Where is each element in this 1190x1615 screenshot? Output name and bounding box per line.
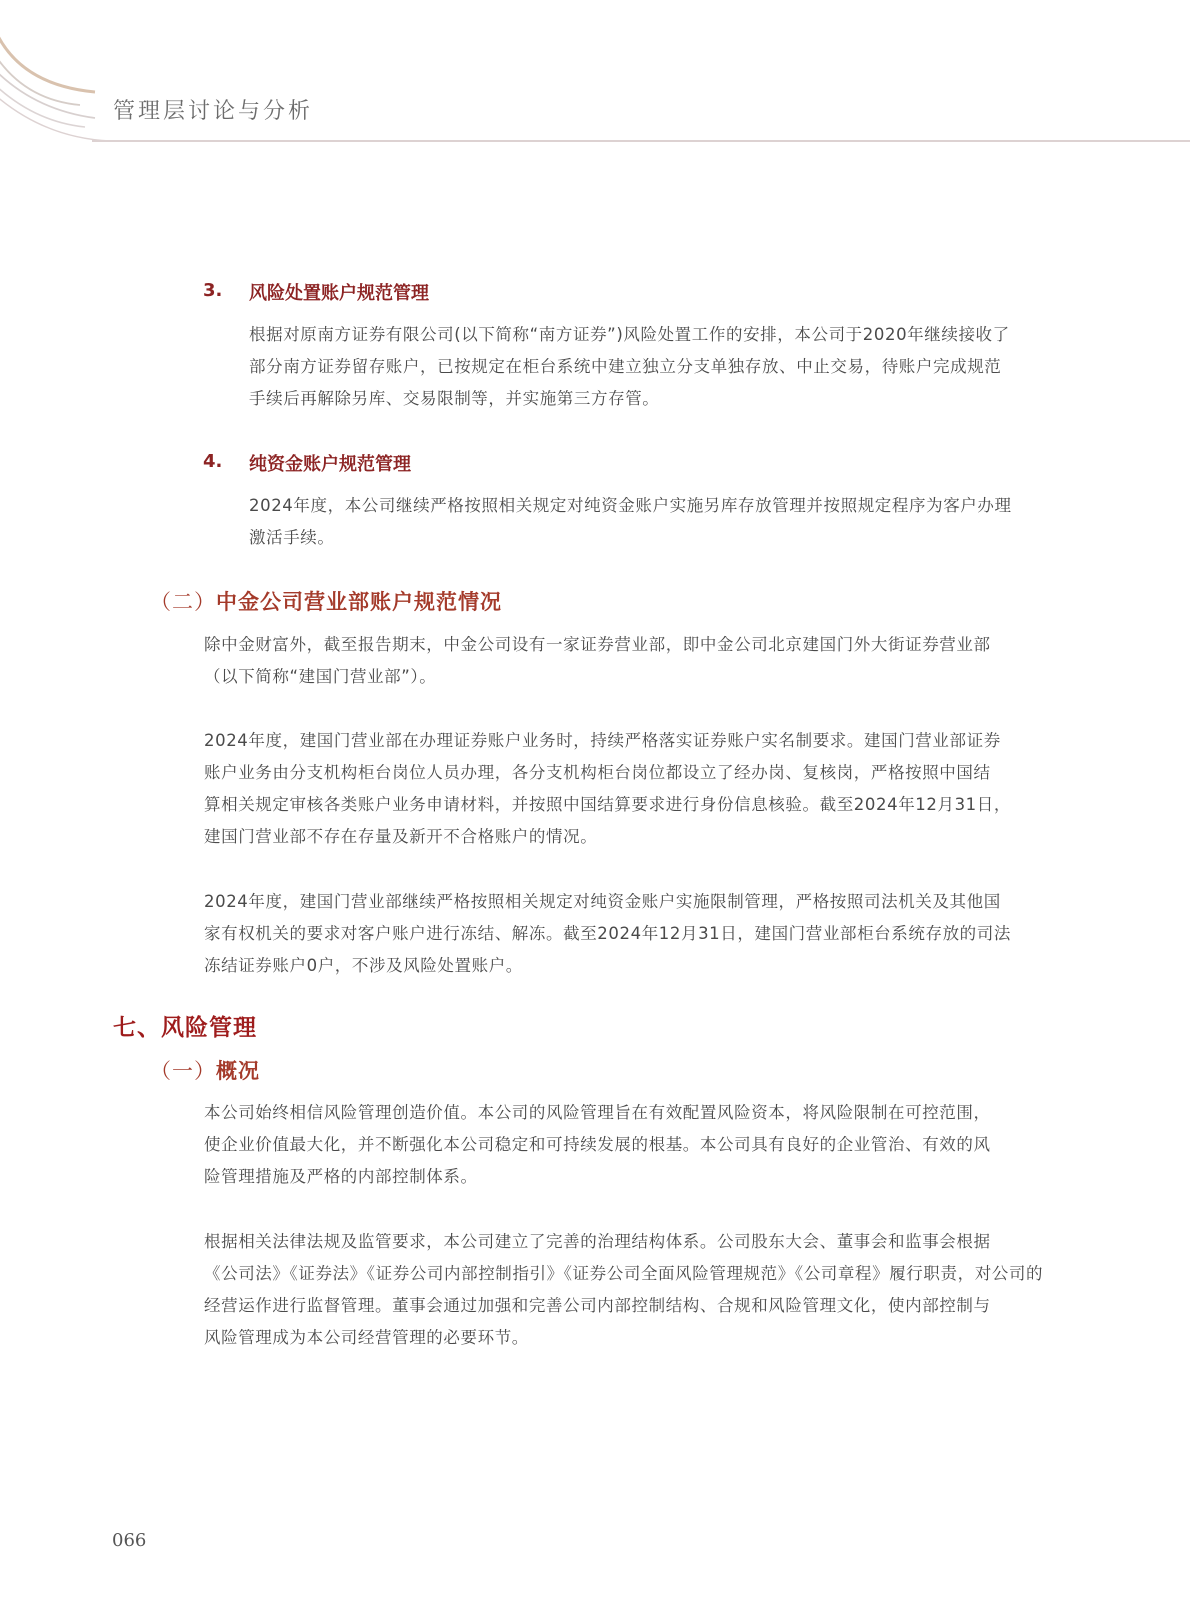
text-line: 算相关规定审核各类账户业务申请材料，并按照中国结算要求进行身份信息核验。截至20… [204, 789, 1109, 821]
section-2-paragraph-2: 2024年度，建国门营业部在办理证券账户业务时，持续严格落实证券账户实名制要求。… [204, 725, 1109, 853]
text-line: 除中金财富外，截至报告期末，中金公司设有一家证券营业部，即中金公司北京建国门外大… [204, 629, 1109, 661]
text-line: 建国门营业部不存在存量及新开不合格账户的情况。 [204, 821, 1109, 853]
text-line: （以下简称“建国门营业部”）。 [204, 661, 1109, 693]
text-line: 根据对原南方证券有限公司(以下简称“南方证券”)风险处置工作的安排，本公司于20… [249, 319, 1109, 351]
text-line: 冻结证券账户0户，不涉及风险处置账户。 [204, 950, 1109, 982]
section-7-1-prefix: （一） [150, 1059, 216, 1083]
text-line: 《公司法》《证券法》《证券公司内部控制指引》《证券公司全面风险管理规范》《公司章… [204, 1258, 1109, 1290]
section-7-heading: 七、风险管理 [113, 1009, 257, 1042]
section-2-paragraph-1: 除中金财富外，截至报告期末，中金公司设有一家证券营业部，即中金公司北京建国门外大… [204, 629, 1109, 693]
text-line: 本公司始终相信风险管理创造价值。本公司的风险管理旨在有效配置风险资本，将风险限制… [204, 1097, 1109, 1129]
section-7-1-paragraph-1: 本公司始终相信风险管理创造价值。本公司的风险管理旨在有效配置风险资本，将风险限制… [204, 1097, 1109, 1193]
section-7-1-heading: （一）概况 [150, 1055, 260, 1085]
section-2-heading: （二）中金公司营业部账户规范情况 [150, 586, 502, 616]
text-line: 账户业务由分支机构柜台岗位人员办理，各分支机构柜台岗位都设立了经办岗、复核岗，严… [204, 757, 1109, 789]
text-line: 经营运作进行监督管理。董事会通过加强和完善公司内部控制结构、合规和风险管理文化，… [204, 1290, 1109, 1322]
item-3-number: 3. [203, 280, 222, 301]
decorative-arcs-icon [0, 0, 300, 150]
text-line: 2024年度，本公司继续严格按照相关规定对纯资金账户实施另库存放管理并按照规定程… [249, 490, 1109, 522]
section-2-paragraph-3: 2024年度，建国门营业部继续严格按照相关规定对纯资金账户实施限制管理，严格按照… [204, 886, 1109, 982]
section-2-title: 中金公司营业部账户规范情况 [216, 590, 502, 614]
text-line: 激活手续。 [249, 522, 1109, 554]
text-line: 2024年度，建国门营业部继续严格按照相关规定对纯资金账户实施限制管理，严格按照… [204, 886, 1109, 918]
header-divider [92, 140, 1190, 142]
section-header-title: 管理层讨论与分析 [113, 94, 313, 125]
section-7-1-title: 概况 [216, 1059, 260, 1083]
text-line: 部分南方证券留存账户，已按规定在柜台系统中建立独立分支单独存放、中止交易，待账户… [249, 351, 1109, 383]
text-line: 使企业价值最大化，并不断强化本公司稳定和可持续发展的根基。本公司具有良好的企业管… [204, 1129, 1109, 1161]
item-3-paragraph: 根据对原南方证券有限公司(以下简称“南方证券”)风险处置工作的安排，本公司于20… [249, 319, 1109, 415]
section-2-prefix: （二） [150, 590, 216, 614]
text-line: 手续后再解除另库、交易限制等，并实施第三方存管。 [249, 383, 1109, 415]
item-4-paragraph: 2024年度，本公司继续严格按照相关规定对纯资金账户实施另库存放管理并按照规定程… [249, 490, 1109, 554]
item-3-heading: 风险处置账户规范管理 [249, 279, 429, 305]
item-4-heading: 纯资金账户规范管理 [249, 450, 411, 476]
section-7-1-paragraph-2: 根据相关法律法规及监管要求，本公司建立了完善的治理结构体系。公司股东大会、董事会… [204, 1226, 1109, 1354]
page-number: 066 [112, 1530, 146, 1551]
text-line: 2024年度，建国门营业部在办理证券账户业务时，持续严格落实证券账户实名制要求。… [204, 725, 1109, 757]
text-line: 家有权机关的要求对客户账户进行冻结、解冻。截至2024年12月31日，建国门营业… [204, 918, 1109, 950]
text-line: 风险管理成为本公司经营管理的必要环节。 [204, 1322, 1109, 1354]
item-4-number: 4. [203, 451, 222, 472]
text-line: 根据相关法律法规及监管要求，本公司建立了完善的治理结构体系。公司股东大会、董事会… [204, 1226, 1109, 1258]
text-line: 险管理措施及严格的内部控制体系。 [204, 1161, 1109, 1193]
